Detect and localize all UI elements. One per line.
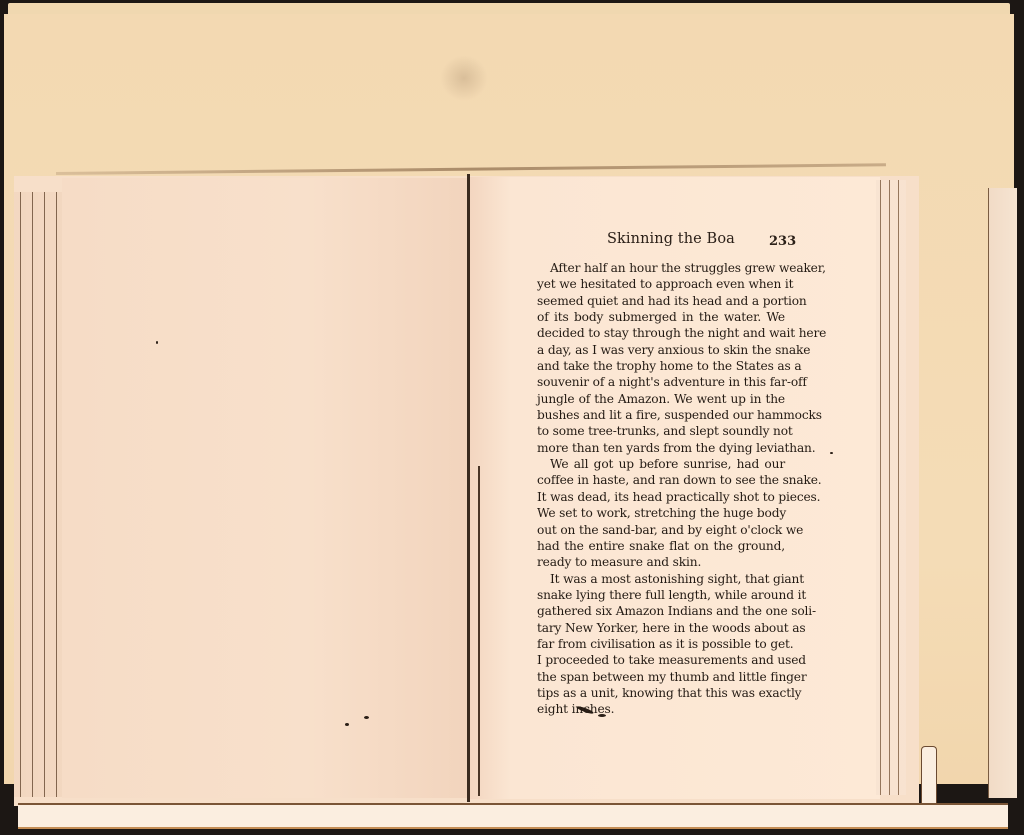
text-line: a day, as I was very anxious to skin the… xyxy=(537,342,785,358)
text-line: to some tree-trunks, and slept soundly n… xyxy=(537,423,785,439)
bottom-board xyxy=(18,803,1008,829)
text-line: bushes and lit a fire, suspended our ham… xyxy=(537,407,785,423)
text-line: coffee in haste, and ran down to see the… xyxy=(537,472,785,488)
text-line: souvenir of a night's adventure in this … xyxy=(537,374,785,390)
book-scan: Skinning the Boa 233 After half an hour … xyxy=(0,0,1024,835)
text-line: yet we hesitated to approach even when i… xyxy=(537,276,785,292)
text-line: After half an hour the struggles grew we… xyxy=(537,260,785,276)
paper-smudge xyxy=(440,55,488,101)
running-head: Skinning the Boa xyxy=(607,231,735,247)
text-line: It was a most astonishing sight, that gi… xyxy=(537,571,785,587)
ink-speck xyxy=(830,452,833,454)
left-page xyxy=(62,178,468,798)
text-line: I proceeded to take measurements and use… xyxy=(537,652,785,668)
ink-speck xyxy=(156,341,158,344)
text-line: tips as a unit, knowing that this was ex… xyxy=(537,685,785,701)
text-line: of its body submerged in the water. We xyxy=(537,309,785,325)
text-line: tary New Yorker, here in the woods about… xyxy=(537,620,785,636)
text-line: and take the trophy home to the States a… xyxy=(537,358,785,374)
ink-speck xyxy=(345,723,349,726)
page-body-text: After half an hour the struggles grew we… xyxy=(537,260,785,718)
page-number: 233 xyxy=(769,234,796,249)
text-line: snake lying there full length, while aro… xyxy=(537,587,785,603)
right-backing-strip xyxy=(988,188,1017,798)
binding-thread xyxy=(478,466,480,796)
text-line: had the entire snake flat on the ground, xyxy=(537,538,785,554)
text-line: decided to stay through the night and wa… xyxy=(537,325,785,341)
text-line: more than ten yards from the dying levia… xyxy=(537,440,785,456)
text-line: out on the sand-bar, and by eight o'cloc… xyxy=(537,522,785,538)
text-line: jungle of the Amazon. We went up in the xyxy=(537,391,785,407)
text-line: We all got up before sunrise, had our xyxy=(537,456,785,472)
left-page-edges xyxy=(14,192,66,797)
text-line: gathered six Amazon Indians and the one … xyxy=(537,603,785,619)
text-line: seemed quiet and had its head and a port… xyxy=(537,293,785,309)
text-line: ready to measure and skin. xyxy=(537,554,785,570)
book-gutter xyxy=(467,174,470,802)
ink-speck xyxy=(364,716,369,719)
right-page-edges xyxy=(876,180,906,795)
text-line: far from civilisation as it is possible … xyxy=(537,636,785,652)
text-line: eight inches. xyxy=(537,701,785,717)
text-line: the span between my thumb and little fin… xyxy=(537,669,785,685)
page-clip xyxy=(921,746,937,805)
text-line: We set to work, stretching the huge body xyxy=(537,505,785,521)
text-line: It was dead, its head practically shot t… xyxy=(537,489,785,505)
